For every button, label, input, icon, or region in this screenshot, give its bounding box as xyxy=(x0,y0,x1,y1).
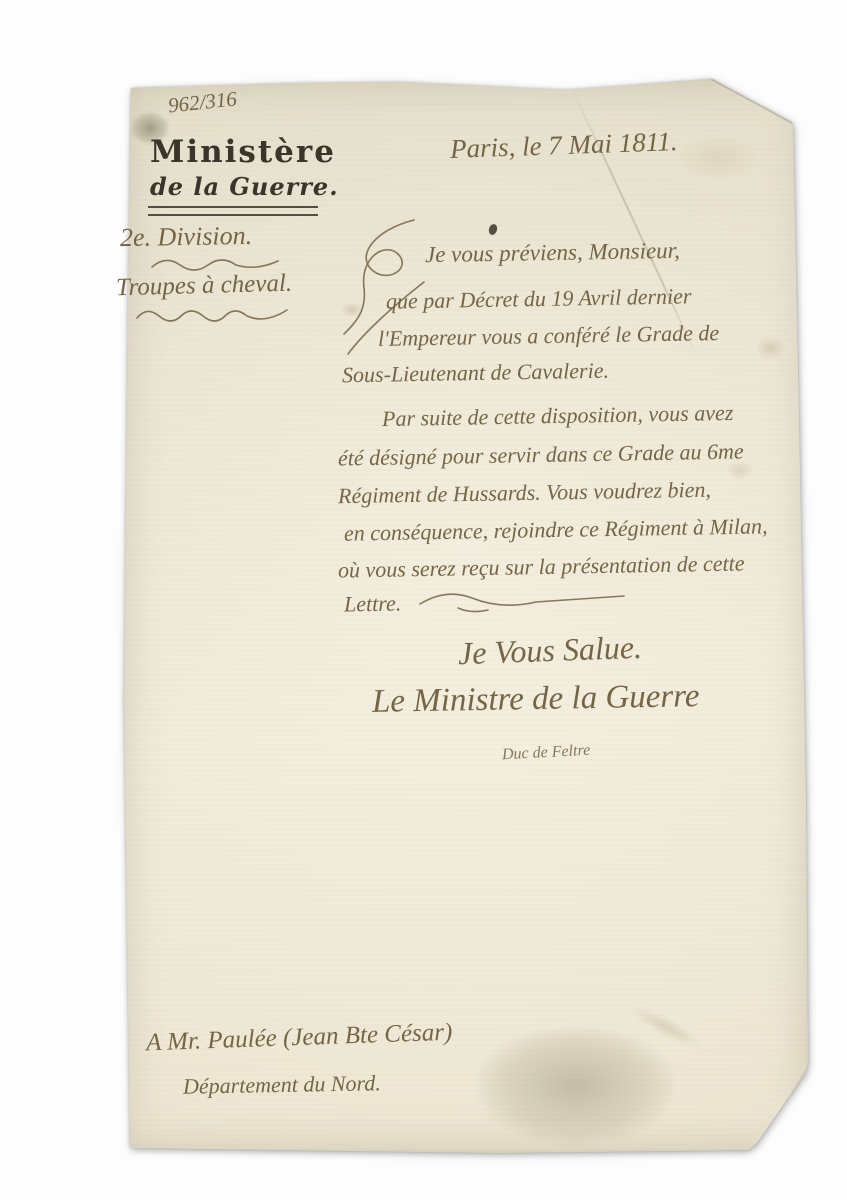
letter-paper xyxy=(118,74,813,1156)
foxing-spot xyxy=(726,460,754,480)
scanned-letter-page: 962/316 Ministère de la Guerre. 2e. Divi… xyxy=(0,0,847,1200)
corner-cut-crease xyxy=(711,78,793,124)
corner-smudge-stain xyxy=(131,112,169,144)
foxing-spot xyxy=(340,302,364,318)
foxing-patch xyxy=(678,136,758,180)
bottom-stain xyxy=(478,1028,673,1143)
paper-shadow-wrap xyxy=(0,0,847,1200)
bottom-streak-stain xyxy=(626,1000,705,1053)
folded-corner xyxy=(758,1066,808,1146)
foxing-spot xyxy=(754,336,786,360)
ink-blot xyxy=(487,223,498,236)
diagonal-crease xyxy=(572,90,701,363)
